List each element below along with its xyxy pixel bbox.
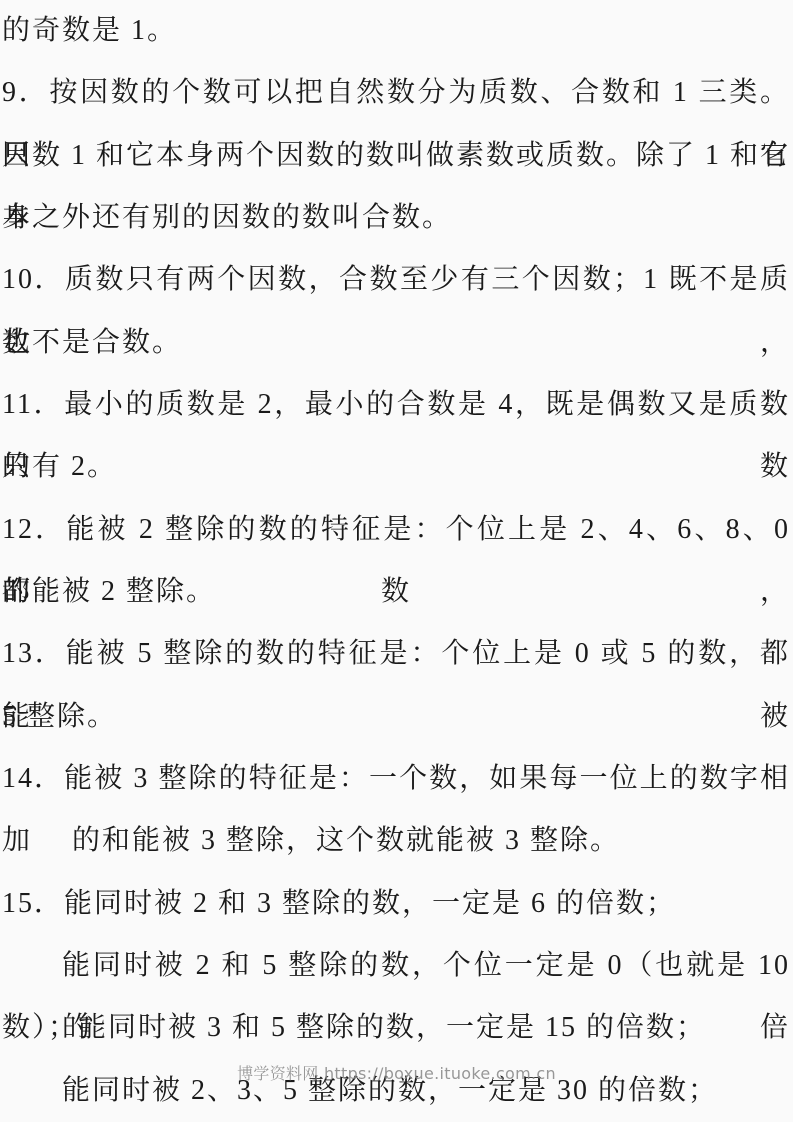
text-line-17: 数）；能同时被 3 和 5 整除的数，一定是 15 的倍数； (2, 997, 790, 1059)
text-line-14: 的和能被 3 整除，这个数就能被 3 整除。 (2, 810, 790, 872)
document-page: 的奇数是 1。 9．按因数的个数可以把自然数分为质数、合数和 1 三类。只有 因… (0, 0, 793, 1122)
text-line-16: 能同时被 2 和 5 整除的数，个位一定是 0（也就是 10 的倍 (2, 935, 790, 997)
text-line-13: 14．能被 3 整除的特征是：一个数，如果每一位上的数字相加 (2, 748, 790, 810)
text-line-15: 15．能同时被 2 和 3 整除的数，一定是 6 的倍数； (2, 873, 790, 935)
text-line-1: 的奇数是 1。 (2, 0, 790, 62)
text-line-11: 13．能被 5 整除的数的特征是：个位上是 0 或 5 的数，都能被 (2, 623, 790, 685)
text-line-9: 12．能被 2 整除的数的特征是：个位上是 2、4、6、8、0 的数， (2, 499, 790, 561)
text-line-5: 10．质数只有两个因数，合数至少有三个因数；1 既不是质数， (2, 249, 790, 311)
text-line-3: 因数 1 和它本身两个因数的数叫做素数或质数。除了 1 和它本 (2, 125, 790, 187)
text-line-7: 11．最小的质数是 2，最小的合数是 4，既是偶数又是质数的数 (2, 374, 790, 436)
text-line-4: 身之外还有别的因数的数叫合数。 (2, 187, 790, 249)
text-line-18: 能同时被 2、3、5 整除的数，一定是 30 的倍数； (2, 1060, 790, 1122)
text-line-2: 9．按因数的个数可以把自然数分为质数、合数和 1 三类。只有 (2, 62, 790, 124)
